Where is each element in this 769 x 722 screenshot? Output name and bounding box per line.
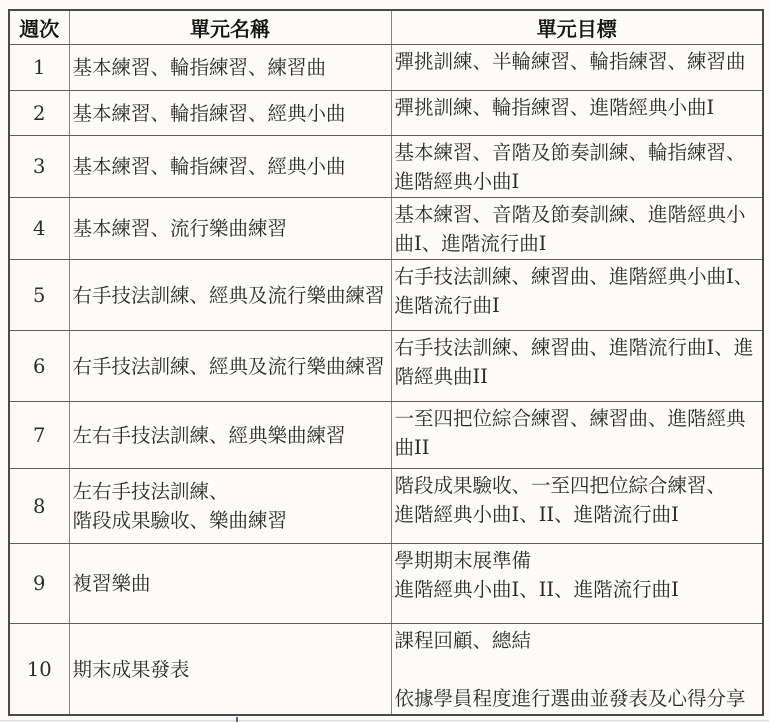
header-week: 週次 (9, 10, 69, 45)
unit-name-cell: 右手技法訓練、經典及流行樂曲練習 (69, 331, 391, 402)
week-cell: 3 (9, 136, 69, 198)
course-schedule-table: 週次 單元名稱 單元目標 1 基本練習、輪指練習、練習曲 彈挑訓練、半輪練習、輪… (8, 9, 764, 716)
unit-objective-cell: 課程回顧、總結 依據學員程度進行選曲並發表及心得分享 (391, 624, 763, 716)
unit-name-cell: 左右手技法訓練、經典樂曲練習 (69, 402, 391, 469)
unit-objective-cell: 右手技法訓練、練習曲、進階經典小曲I、 進階流行曲I (391, 260, 763, 331)
unit-objective-cell: 基本練習、音階及節奏訓練、進階經典小 曲I、進階流行曲I (391, 198, 763, 260)
week-cell: 10 (9, 624, 69, 716)
week-cell: 1 (9, 45, 69, 91)
table-row: 7 左右手技法訓練、經典樂曲練習 一至四把位綜合練習、練習曲、進階經典 曲II (9, 402, 763, 469)
week-cell: 8 (9, 469, 69, 544)
unit-objective-cell: 階段成果驗收、一至四把位綜合練習、 進階經典小曲I、II、進階流行曲I (391, 469, 763, 544)
unit-objective-cell: 彈挑訓練、輪指練習、進階經典小曲I (391, 91, 763, 136)
unit-name-cell: 複習樂曲 (69, 544, 391, 624)
unit-objective-cell: 一至四把位綜合練習、練習曲、進階經典 曲II (391, 402, 763, 469)
table-row: 3 基本練習、輪指練習、經典小曲 基本練習、音階及節奏訓練、輪指練習、 進階經典… (9, 136, 763, 198)
table-row: 10 期末成果發表 課程回顧、總結 依據學員程度進行選曲並發表及心得分享 (9, 624, 763, 716)
unit-objective-cell: 右手技法訓練、練習曲、進階流行曲I、進 階經典曲II (391, 331, 763, 402)
table-row: 8 左右手技法訓練、 階段成果驗收、樂曲練習 階段成果驗收、一至四把位綜合練習、… (9, 469, 763, 544)
week-cell: 4 (9, 198, 69, 260)
header-row: 週次 單元名稱 單元目標 (9, 10, 763, 45)
week-cell: 9 (9, 544, 69, 624)
unit-objective-cell: 彈挑訓練、半輪練習、輪指練習、練習曲 (391, 45, 763, 91)
week-cell: 2 (9, 91, 69, 136)
unit-name-cell: 基本練習、輪指練習、經典小曲 (69, 91, 391, 136)
header-unit-objective: 單元目標 (391, 10, 763, 45)
header-unit-name: 單元名稱 (69, 10, 391, 45)
week-cell: 5 (9, 260, 69, 331)
unit-objective-cell: 學期期末展準備 進階經典小曲I、II、進階流行曲I (391, 544, 763, 624)
unit-objective-cell: 基本練習、音階及節奏訓練、輪指練習、 進階經典小曲I (391, 136, 763, 198)
week-cell: 6 (9, 331, 69, 402)
table-row: 5 右手技法訓練、經典及流行樂曲練習 右手技法訓練、練習曲、進階經典小曲I、 進… (9, 260, 763, 331)
table-row: 2 基本練習、輪指練習、經典小曲 彈挑訓練、輪指練習、進階經典小曲I (9, 91, 763, 136)
table-row: 6 右手技法訓練、經典及流行樂曲練習 右手技法訓練、練習曲、進階流行曲I、進 階… (9, 331, 763, 402)
table-row: 1 基本練習、輪指練習、練習曲 彈挑訓練、半輪練習、輪指練習、練習曲 (9, 45, 763, 91)
table-row: 9 複習樂曲 學期期末展準備 進階經典小曲I、II、進階流行曲I (9, 544, 763, 624)
unit-name-cell: 期末成果發表 (69, 624, 391, 716)
course-schedule-table-wrap: 週次 單元名稱 單元目標 1 基本練習、輪指練習、練習曲 彈挑訓練、半輪練習、輪… (8, 9, 762, 716)
bottom-edge-line (0, 720, 769, 721)
week-cell: 7 (9, 402, 69, 469)
unit-name-cell: 基本練習、輪指練習、經典小曲 (69, 136, 391, 198)
unit-name-cell: 右手技法訓練、經典及流行樂曲練習 (69, 260, 391, 331)
unit-name-cell: 基本練習、輪指練習、練習曲 (69, 45, 391, 91)
unit-name-cell: 左右手技法訓練、 階段成果驗收、樂曲練習 (69, 469, 391, 544)
caret-tick (236, 717, 238, 722)
unit-name-cell: 基本練習、流行樂曲練習 (69, 198, 391, 260)
table-row: 4 基本練習、流行樂曲練習 基本練習、音階及節奏訓練、進階經典小 曲I、進階流行… (9, 198, 763, 260)
